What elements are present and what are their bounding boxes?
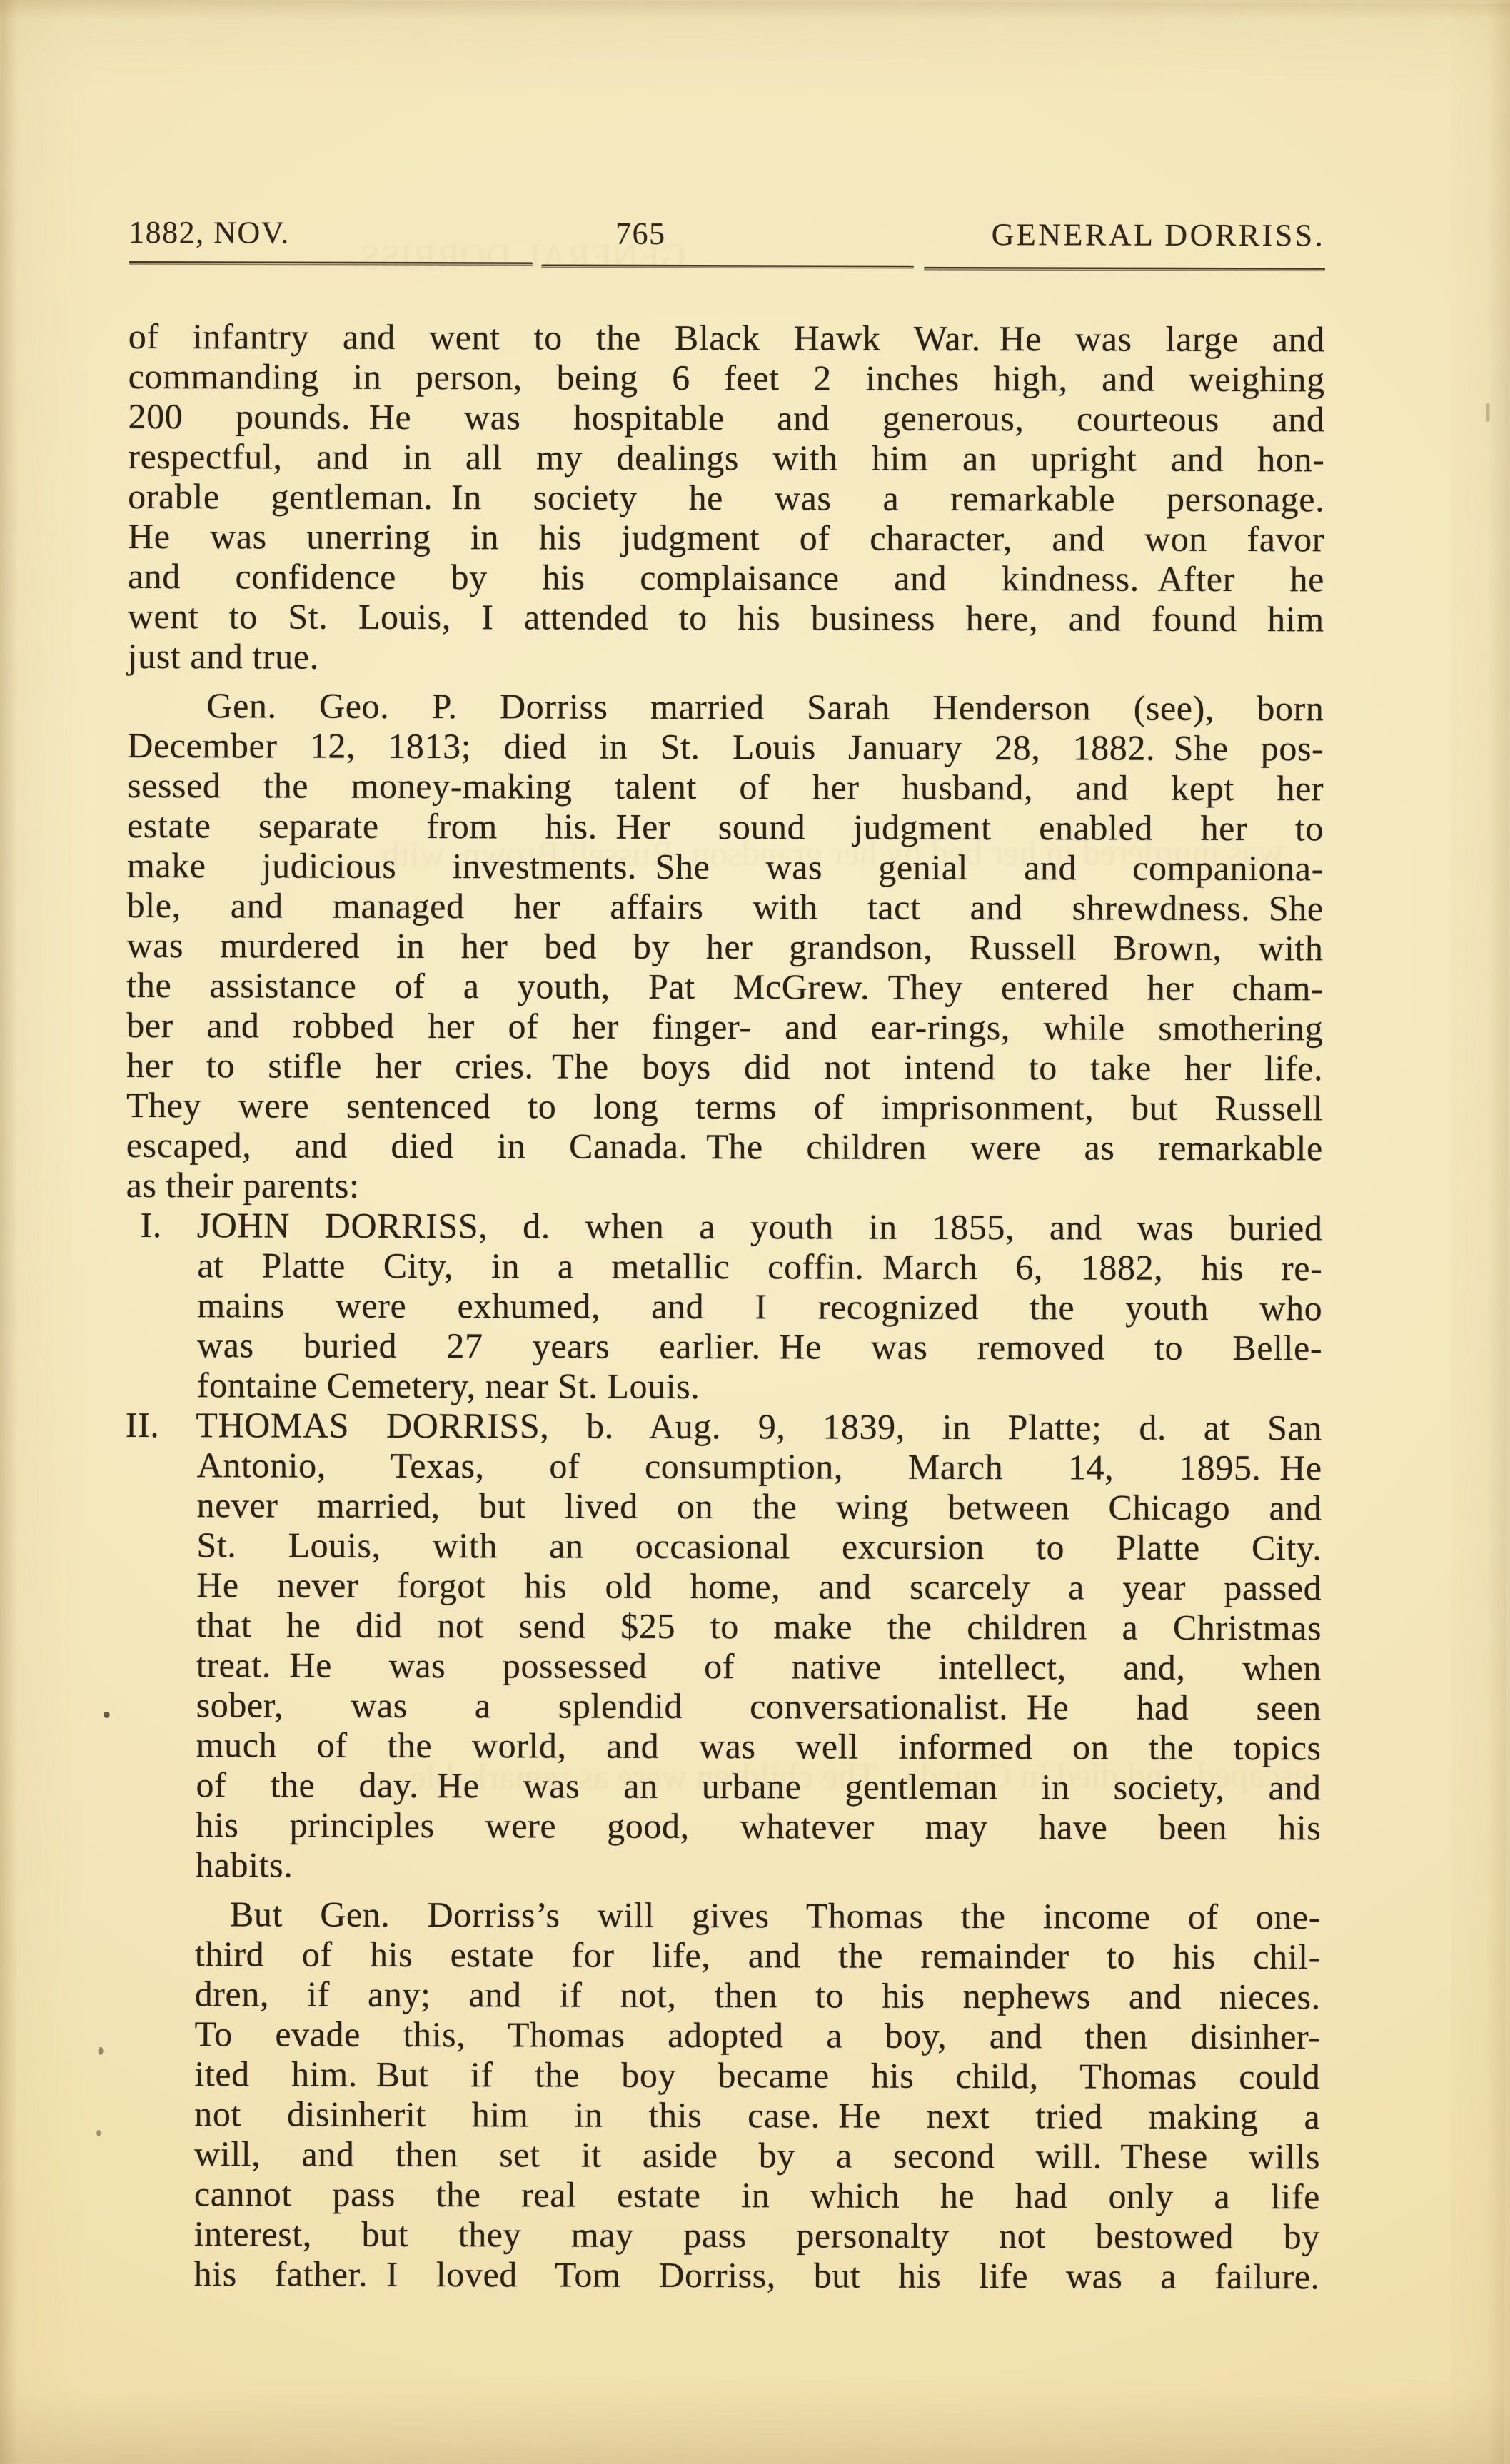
text-line: sober, was a splendid conversationalist.…: [125, 1685, 1322, 1727]
text-line: of the day. He was an urbane gentleman i…: [124, 1764, 1321, 1807]
text-line: dren, if any; and if not, then to his ne…: [124, 1974, 1321, 2016]
text-line: December 12, 1813; died in St. Louis Jan…: [127, 725, 1324, 768]
text-line: interest, but they may pass personalty n…: [124, 2213, 1320, 2256]
text-line: St. Louis, with an occasional excursion …: [125, 1525, 1322, 1567]
text-line: respectful, and in all my dealings with …: [128, 436, 1324, 479]
text-line: was murdered in her bed by her grandson,…: [127, 925, 1324, 968]
text-line: the assistance of a youth, Pat McGrew. T…: [126, 965, 1323, 1008]
text-line: never married, but lived on the wing bet…: [125, 1485, 1322, 1528]
text-line: mains were exhumed, and I recognized the…: [126, 1285, 1322, 1328]
text-line: of infantry and went to the Black Hawk W…: [129, 316, 1325, 359]
text-line: as their parents:: [126, 1165, 1323, 1208]
text-line: that he did not send $25 to make the chi…: [125, 1605, 1322, 1647]
text-line: sessed the money-making talent of her hu…: [127, 765, 1324, 808]
text-line: his father. I loved Tom Dorriss, but his…: [124, 2253, 1320, 2296]
text-line: went to St. Louis, I attended to his bus…: [128, 596, 1324, 639]
text-line: To evade this, Thomas adopted a boy, and…: [124, 2014, 1321, 2056]
body-text-block: of infantry and went to the Black Hawk W…: [124, 316, 1325, 2296]
text-line: ble, and managed her affairs with tact a…: [127, 885, 1324, 928]
header-page-number: 765: [615, 217, 666, 251]
text-line: I. JOHN DORRISS, d. when a youth in 1855…: [126, 1205, 1322, 1248]
text-line: his principles were good, whatever may h…: [124, 1804, 1321, 1847]
scanned-book-page: 1882, NOV. 765 GENERAL DORRISS. was murd…: [0, 0, 1510, 2464]
text-line: But Gen. Dorriss’s will gives Thomas the…: [124, 1894, 1321, 1937]
text-line: much of the world, and was well informed…: [125, 1725, 1322, 1767]
text-line: He never forgot his old home, and scarce…: [125, 1565, 1322, 1607]
text-line: not disinherit him in this case. He next…: [124, 2094, 1320, 2136]
text-line: just and true.: [128, 636, 1324, 679]
text-line: escaped, and died in Canada. The childre…: [126, 1125, 1323, 1168]
header-rule-segment: [541, 264, 914, 268]
text-line: at Platte City, in a metallic coffin. Ma…: [126, 1245, 1322, 1288]
text-line: ited him. But if the boy became his chil…: [124, 2054, 1320, 2096]
ink-speck: [96, 2130, 101, 2136]
ink-speck: [104, 1712, 110, 1718]
text-line: make judicious investments. She was geni…: [127, 845, 1324, 888]
header-date: 1882, NOV.: [129, 216, 290, 251]
text-line: cannot pass the real estate in which he …: [124, 2173, 1320, 2216]
text-line: was buried 27 years earlier. He was remo…: [126, 1325, 1322, 1368]
text-line: treat. He was possessed of native intell…: [125, 1645, 1322, 1687]
text-line: habits.: [124, 1844, 1321, 1887]
text-line: Antonio, Texas, of consumption, March 14…: [126, 1445, 1322, 1488]
header-rule-segment: [924, 267, 1325, 271]
text-line: orable gentleman. In society he was a re…: [128, 476, 1324, 519]
text-line: Gen. Geo. P. Dorriss married Sarah Hende…: [127, 685, 1324, 728]
text-line: and confidence by his complaisance and k…: [128, 556, 1324, 599]
text-line: her to stifle her cries. The boys did no…: [126, 1045, 1323, 1088]
text-line: will, and then set it aside by a second …: [124, 2134, 1320, 2176]
text-line: They were sentenced to long terms of imp…: [126, 1085, 1323, 1128]
header-rule-segment: [129, 261, 533, 266]
text-line: commanding in person, being 6 feet 2 inc…: [129, 356, 1325, 399]
text-line: II. THOMAS DORRISS, b. Aug. 9, 1839, in …: [126, 1405, 1322, 1448]
text-line: 200 pounds. He was hospitable and genero…: [128, 396, 1324, 439]
ink-speck: [1486, 403, 1490, 422]
page-header: 1882, NOV. 765 GENERAL DORRISS.: [129, 216, 1325, 253]
text-line: ber and robbed her of her finger- and ea…: [126, 1005, 1323, 1048]
header-title: GENERAL DORRISS.: [992, 218, 1326, 253]
text-line: third of his estate for life, and the re…: [124, 1934, 1321, 1976]
text-line: He was unerring in his judgment of chara…: [128, 516, 1324, 559]
text-line: fontaine Cemetery, near St. Louis.: [126, 1365, 1322, 1408]
text-line: estate separate from his. Her sound judg…: [127, 805, 1324, 848]
ink-speck: [99, 2047, 104, 2055]
